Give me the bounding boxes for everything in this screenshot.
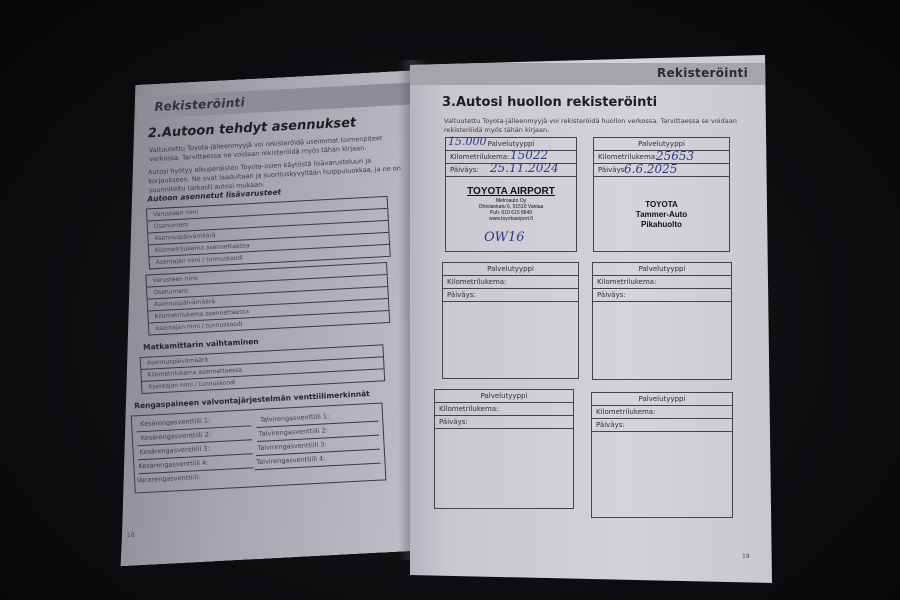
service-type-label: Palvelutyyppi xyxy=(488,140,535,148)
service-type-label: Palvelutyyppi xyxy=(639,265,686,273)
odometer-field[interactable]: Kilometrilukema: xyxy=(443,276,578,289)
odometer-field[interactable]: Kilometrilukema: xyxy=(592,406,732,419)
date-field[interactable]: Päiväys: xyxy=(592,419,732,432)
accessory-form-2: Varusteen nimi Osanumero Asennuspäivämää… xyxy=(145,262,390,336)
summer-valve-2[interactable]: Kesärengasventtiili 2: xyxy=(141,430,211,442)
handwritten-odometer: 15022 xyxy=(510,149,548,161)
odometer-label: Kilometrilukema: xyxy=(596,408,655,416)
service-intro: Valtuutettu Toyota-jälleenmyyjä voi reki… xyxy=(444,117,744,135)
summer-valve-3[interactable]: Kesärengasventtiili 3: xyxy=(139,445,209,457)
service-type-field[interactable]: Palvelutyyppi xyxy=(593,263,731,276)
dealer-stamp-web: www.toyotaairport.fi xyxy=(446,216,576,222)
winter-valve-4[interactable]: Talvirengasventtiili 4: xyxy=(256,454,325,466)
service-type-label: Palvelutyyppi xyxy=(487,265,534,273)
page-number-left: 18 xyxy=(127,532,135,539)
service-entry-2: Palvelutyyppi Kilometrilukema: 25653 Päi… xyxy=(593,137,730,252)
date-field[interactable]: Päiväys: 6.6.2025 xyxy=(594,164,729,177)
right-page: Rekisteröinti 3.Autosi huollon rekisterö… xyxy=(410,55,772,583)
date-field[interactable]: Päiväys: 25.11.2024 xyxy=(446,164,576,177)
handwritten-service-type: 15.000 xyxy=(448,136,487,148)
service-type-field[interactable]: Palvelutyyppi xyxy=(443,263,578,276)
service-entry-5: Palvelutyyppi Kilometrilukema: Päiväys: xyxy=(434,389,574,509)
odometer-field[interactable]: Kilometrilukema: xyxy=(593,276,731,289)
odometer-label: Kilometrilukema: xyxy=(598,153,657,161)
tpms-form: Kesärengasventtiili 1: Kesärengasventtii… xyxy=(131,402,387,493)
summer-valve-1[interactable]: Kesärengasventtiili 1: xyxy=(140,416,210,428)
service-type-field[interactable]: Palvelutyyppi xyxy=(592,393,732,406)
service-type-label: Palvelutyyppi xyxy=(639,395,686,403)
page-title-service: 3.Autosi huollon rekisteröinti xyxy=(442,95,657,110)
date-label: Päiväys: xyxy=(450,166,479,174)
date-label: Päiväys: xyxy=(447,291,476,299)
summer-valve-4[interactable]: Kesärengasventtiili 4: xyxy=(138,459,208,471)
dealer-stamp-line2: Tammer-Auto xyxy=(594,210,729,219)
dealer-stamp-line1: TOYOTA xyxy=(594,200,729,209)
accessory-form-1: Varusteen nimi Osanumero Asennuspäivämää… xyxy=(146,196,391,270)
handwritten-date: 6.6.2025 xyxy=(624,163,677,175)
section-band-right: Rekisteröinti xyxy=(410,63,768,85)
odometer-heading: Matkamittarin vaihtaminen xyxy=(143,337,259,352)
date-field[interactable]: Päiväys: xyxy=(443,289,578,302)
date-label: Päiväys: xyxy=(596,421,625,429)
winter-valve-2[interactable]: Talvirengasventtiili 2: xyxy=(259,426,328,438)
service-entry-3: Palvelutyyppi Kilometrilukema: Päiväys: xyxy=(442,262,579,379)
date-label: Päiväys: xyxy=(439,418,468,426)
winter-valve-3[interactable]: Talvirengasventtiili 3: xyxy=(257,440,326,452)
odometer-label: Kilometrilukema: xyxy=(597,278,656,286)
date-label: Päiväys: xyxy=(598,166,627,174)
handwritten-date: 25.11.2024 xyxy=(490,162,559,174)
odometer-field[interactable]: Kilometrilukema: xyxy=(435,403,573,416)
section-band-left: Rekisteröinti xyxy=(136,82,427,119)
service-type-label: Palvelutyyppi xyxy=(481,392,528,400)
date-field[interactable]: Päiväys: xyxy=(593,289,731,302)
service-type-field[interactable]: Palvelutyyppi xyxy=(435,390,573,403)
odometer-label: Kilometrilukema: xyxy=(439,405,498,413)
dealer-stamp-name: TOYOTA AIRPORT xyxy=(446,186,576,197)
signature: OW16 xyxy=(484,232,525,244)
handwritten-odometer: 25653 xyxy=(656,150,694,162)
odometer-label: Kilometrilukema: xyxy=(450,153,509,161)
service-type-label: Palvelutyyppi xyxy=(638,140,685,148)
spare-valve[interactable]: Vararengasventtiili: xyxy=(137,473,201,484)
odometer-label: Kilometrilukema: xyxy=(447,278,506,286)
winter-valve-1[interactable]: Talvirengasventtiili 1: xyxy=(260,412,329,424)
page-number-right: 19 xyxy=(742,553,750,560)
left-page: Rekisteröinti 2.Autoon tehdyt asennukset… xyxy=(95,70,445,566)
date-field[interactable]: Päiväys: xyxy=(435,416,573,429)
odometer-form: Asennuspäivämäärä Kilometrilukema asenne… xyxy=(140,344,386,394)
service-entry-1: Palvelutyyppi 15.000 Kilometrilukema: 15… xyxy=(445,137,577,252)
service-entry-6: Palvelutyyppi Kilometrilukema: Päiväys: xyxy=(591,392,733,518)
date-label: Päiväys: xyxy=(597,291,626,299)
dealer-stamp-line3: Pikahuolto xyxy=(594,220,729,229)
service-entry-4: Palvelutyyppi Kilometrilukema: Päiväys: xyxy=(592,262,732,380)
